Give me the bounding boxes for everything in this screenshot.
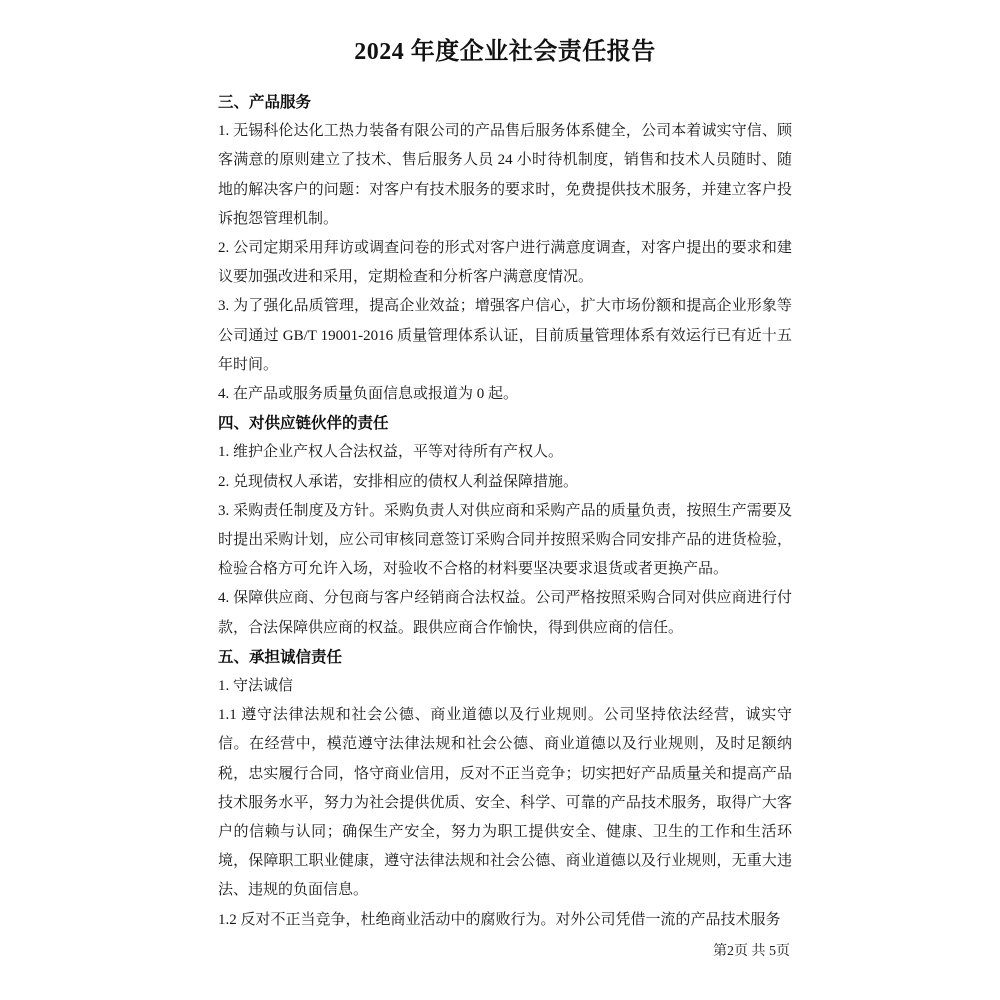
section-heading-product-service: 三、产品服务: [218, 88, 792, 117]
document-title: 2024 年度企业社会责任报告: [218, 31, 792, 66]
paragraph-product-service-1: 1. 无锡科伦达化工热力装备有限公司的产品售后服务体系健全，公司本着诚实守信、顾…: [218, 117, 792, 234]
paragraph-integrity-1: 1. 守法诚信: [218, 672, 792, 701]
page-number-indicator: 第2页 共 5页: [713, 940, 790, 960]
paragraph-product-service-2: 2. 公司定期采用拜访或调查问卷的形式对客户进行满意度调查，对客户提出的要求和建…: [218, 234, 792, 292]
document-body: 三、产品服务 1. 无锡科伦达化工热力装备有限公司的产品售后服务体系健全，公司本…: [218, 88, 792, 935]
paragraph-integrity-1-2: 1.2 反对不正当竞争，杜绝商业活动中的腐败行为。对外公司凭借一流的产品技术服务: [218, 906, 792, 935]
section-heading-supply-chain: 四、对供应链伙伴的责任: [218, 409, 792, 438]
section-heading-integrity: 五、承担诚信责任: [218, 643, 792, 672]
paragraph-supply-chain-3: 3. 采购责任制度及方针。采购负责人对供应商和采购产品的质量负责，按照生产需要及…: [218, 497, 792, 585]
paragraph-supply-chain-4: 4. 保障供应商、分包商与客户经销商合法权益。公司严格按照采购合同对供应商进行付…: [218, 584, 792, 642]
document-page: 2024 年度企业社会责任报告 三、产品服务 1. 无锡科伦达化工热力装备有限公…: [0, 0, 1000, 1000]
paragraph-supply-chain-1: 1. 维护企业产权人合法权益，平等对待所有产权人。: [218, 438, 792, 467]
paragraph-product-service-3: 3. 为了强化品质管理，提高企业效益；增强客户信心，扩大市场份额和提高企业形象等…: [218, 292, 792, 380]
paragraph-product-service-4: 4. 在产品或服务质量负面信息或报道为 0 起。: [218, 380, 792, 409]
paragraph-supply-chain-2: 2. 兑现债权人承诺，安排相应的债权人利益保障措施。: [218, 468, 792, 497]
paragraph-integrity-1-1: 1.1 遵守法律法规和社会公德、商业道德以及行业规则。公司坚持依法经营，诚实守信…: [218, 701, 792, 905]
